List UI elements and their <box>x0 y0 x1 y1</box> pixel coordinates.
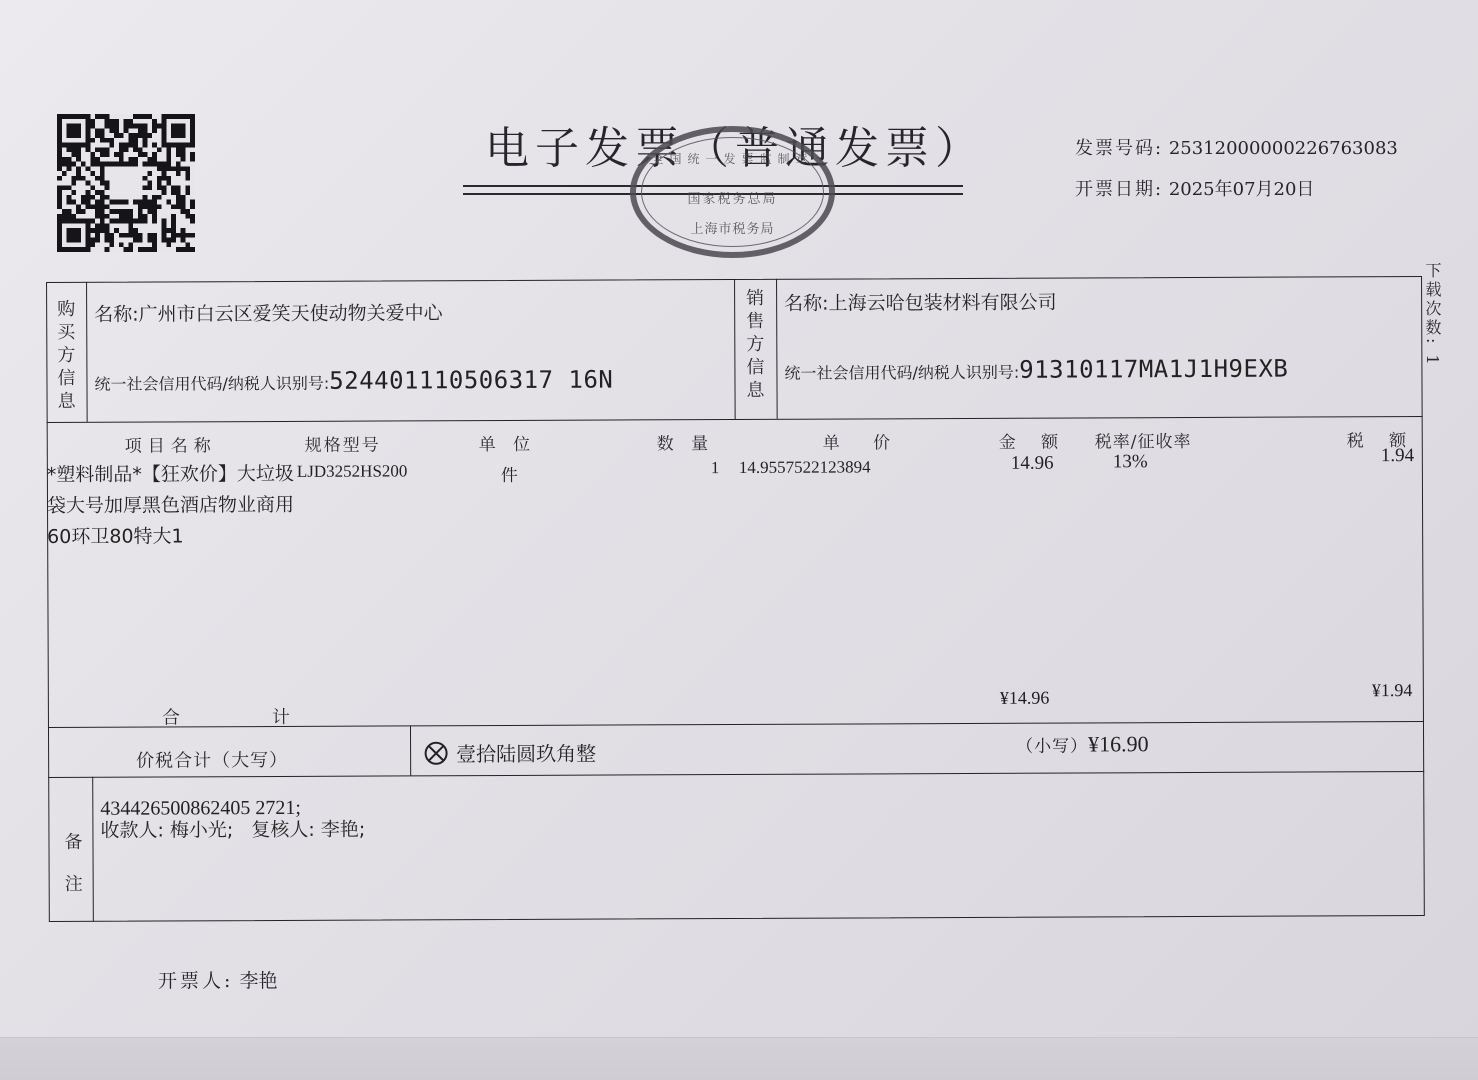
remarks-line: 434426500862405 2721; <box>100 797 365 820</box>
buyer-tax-id-label: 统一社会信用代码/纳税人识别号: <box>94 374 329 394</box>
seller-tax-id-label: 统一社会信用代码/纳税人识别号: <box>784 363 1019 383</box>
invoice-number: 发票号码: 25312000000226763083 <box>1075 134 1398 160</box>
item-amount: 14.96 <box>1011 453 1054 475</box>
stamp-top-text: 全国统一发票监制章 <box>636 150 829 167</box>
issuer: 开票人: 李艳 <box>158 966 277 993</box>
item-unit: 件 <box>501 461 518 486</box>
seller-section-label: 销售方信息 <box>736 287 775 402</box>
invoice-date-label: 开票日期: <box>1075 179 1163 200</box>
item-tax-rate: 13% <box>1113 451 1148 473</box>
divider <box>410 725 411 775</box>
grand-total-label: 价税合计（大写） <box>136 746 288 773</box>
header-tax-rate: 税率/征收率 <box>1095 427 1192 452</box>
circled-x-icon <box>424 741 448 765</box>
item-quantity: 1 <box>711 458 720 478</box>
seller-name: 名称:上海云哈包装材料有限公司 <box>784 288 1057 316</box>
invoice-date-value: 2025年07月20日 <box>1169 179 1315 200</box>
grand-total-lowercase-label: （小写） <box>1016 736 1088 756</box>
total-amount: ¥14.96 <box>1000 688 1050 709</box>
header-amount: 金 额 <box>999 428 1069 453</box>
buyer-name-value: 广州市白云区爱笑天使动物关爱中心 <box>139 302 443 325</box>
remarks-content: 434426500862405 2721; 收款人: 梅小光; 复核人: 李艳; <box>100 797 365 842</box>
header-quantity: 数 量 <box>657 429 715 454</box>
paper-bottom-edge <box>0 1037 1478 1080</box>
grand-total-lowercase: （小写）¥16.90 <box>1016 731 1149 758</box>
invoice-table: 购买方信息 名称:广州市白云区爱笑天使动物关爱中心 统一社会信用代码/纳税人识别… <box>46 266 1425 920</box>
grand-total-uppercase-value: 壹拾陆圆玖角整 <box>456 738 596 768</box>
buyer-section-label: 购买方信息 <box>47 298 86 413</box>
item-unit-price: 14.9557522123894 <box>739 457 871 478</box>
item-name: *塑料制品*【狂欢价】大垃圾袋大号加厚黑色酒店物业商用60环卫80特大1 <box>47 459 297 553</box>
buyer-name: 名称:广州市白云区爱笑天使动物关爱中心 <box>94 298 443 327</box>
item-tax: 1.94 <box>1381 445 1414 467</box>
remarks-label-1: 备 <box>54 828 92 854</box>
issuer-label: 开票人: <box>158 970 233 992</box>
invoice-date: 开票日期: 2025年07月20日 <box>1075 175 1314 201</box>
header-spec: 规格型号 <box>305 431 381 456</box>
invoice-number-label: 发票号码: <box>1075 138 1163 159</box>
seller-name-label: 名称: <box>784 293 829 315</box>
invoice-number-value: 25312000000226763083 <box>1169 138 1398 159</box>
buyer-tax-id-value: 524401110506317 16N <box>329 366 613 395</box>
table-row: *塑料制品*【狂欢价】大垃圾袋大号加厚黑色酒店物业商用60环卫80特大1 LJD… <box>46 266 1422 272</box>
header-item-name: 项目名称 <box>125 431 217 456</box>
download-count: 下载次数: 1 <box>1424 262 1444 368</box>
issuer-name: 李艳 <box>239 970 277 992</box>
buyer-tax-id: 统一社会信用代码/纳税人识别号:524401110506317 16N <box>94 366 613 396</box>
header-unit-price: 单 价 <box>823 428 905 453</box>
item-spec: LJD3252HS200 <box>297 461 408 481</box>
grand-total-uppercase: 壹拾陆圆玖角整 <box>424 738 596 768</box>
qr-code <box>57 114 195 252</box>
buyer-name-label: 名称: <box>94 304 139 326</box>
tax-authority-stamp: 全国统一发票监制章 国家税务总局 上海市税务局 <box>630 126 835 258</box>
stamp-bottom-text: 上海市税务局 <box>636 218 829 237</box>
seller-tax-id: 统一社会信用代码/纳税人识别号:91310117MA1J1H9EXB <box>784 355 1288 385</box>
remarks-label-2: 注 <box>55 870 93 896</box>
download-count-value: 1 <box>1423 354 1442 367</box>
remarks-line: 收款人: 梅小光; 复核人: 李艳; <box>100 819 365 842</box>
seller-name-value: 上海云哈包装材料有限公司 <box>829 292 1057 315</box>
grand-total-lowercase-value: ¥16.90 <box>1088 731 1149 756</box>
download-count-label: 下载次数: <box>1423 262 1442 346</box>
header-unit: 单 位 <box>479 430 537 455</box>
total-tax: ¥1.94 <box>1372 680 1413 701</box>
stamp-middle-text: 国家税务总局 <box>636 188 829 207</box>
seller-tax-id-value: 91310117MA1J1H9EXB <box>1019 355 1288 384</box>
